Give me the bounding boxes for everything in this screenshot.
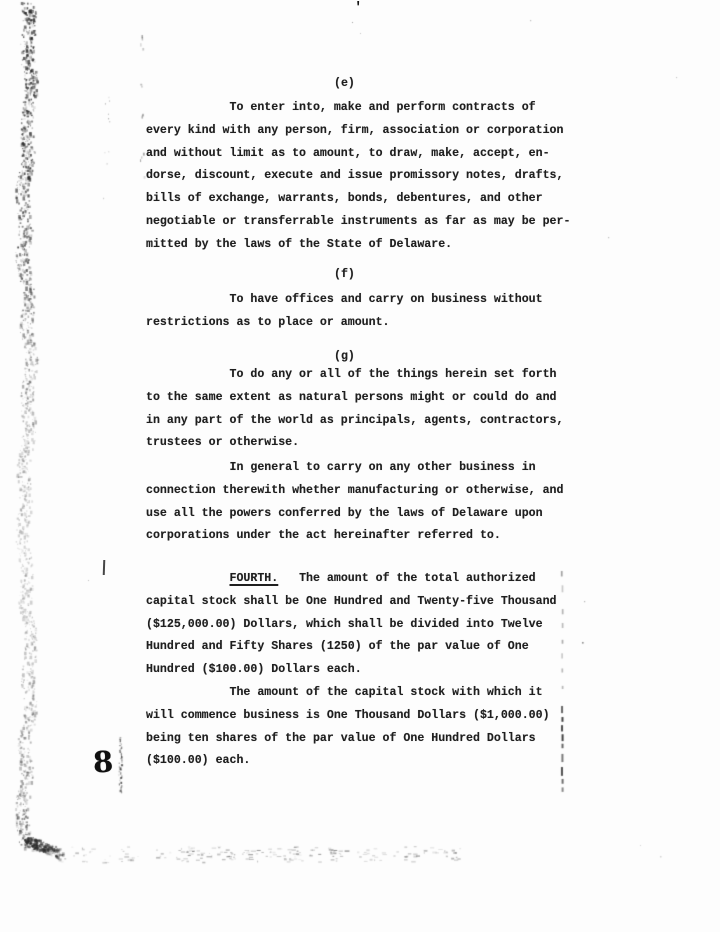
section-heading-e: (e): [334, 73, 355, 96]
stray-ink-mark: ': [354, 0, 362, 16]
article-fourth-body: The amount of the total authorized capit…: [146, 572, 557, 767]
article-fourth-indent: [146, 572, 230, 585]
page-number: 8: [92, 744, 114, 779]
section-body-f: To have offices and carry on business wi…: [146, 289, 586, 335]
article-fourth-heading: FOURTH.: [230, 572, 279, 585]
section-body-e: To enter into, make and perform contract…: [146, 97, 586, 257]
scanned-document-page: ' (e) To enter into, make and perform co…: [0, 0, 720, 932]
section-body-g: To do any or all of the things herein se…: [146, 364, 586, 455]
section-heading-f: (f): [334, 264, 355, 287]
paragraph-general-powers: In general to carry on any other busines…: [146, 457, 586, 548]
article-fourth: FOURTH. The amount of the total authoriz…: [146, 568, 586, 773]
